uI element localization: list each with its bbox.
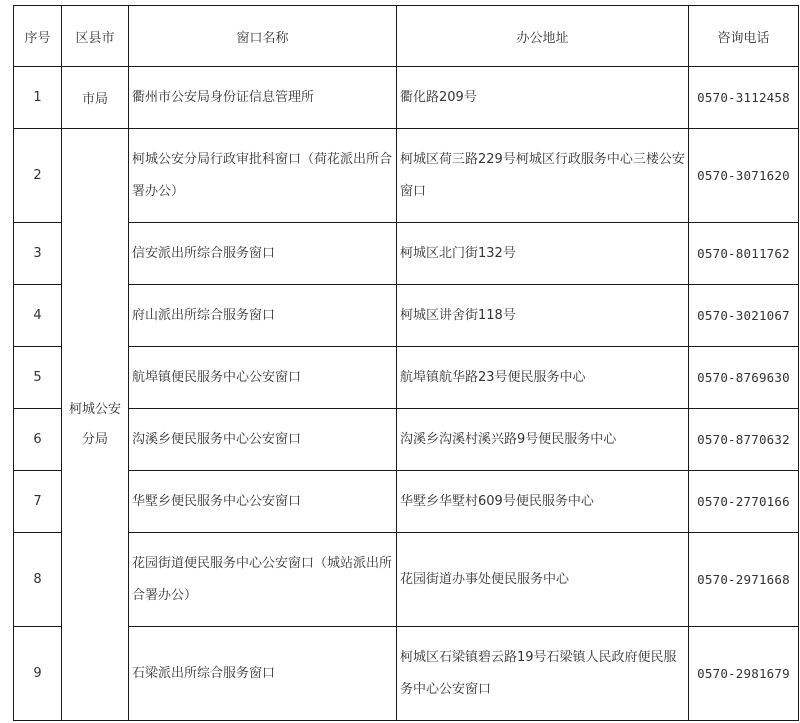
cell-window-name: 衢州市公安局身份证信息管理所 — [129, 67, 397, 129]
cell-window-name: 柯城公安分局行政审批科窗口（荷花派出所合署办公） — [129, 129, 397, 223]
cell-phone: 0570-2981679 — [689, 627, 799, 721]
cell-index: 1 — [14, 67, 62, 129]
cell-address: 沟溪乡沟溪村溪兴路9号便民服务中心 — [397, 409, 689, 471]
table-row: 7 华墅乡便民服务中心公安窗口 华墅乡华墅村609号便民服务中心 0570-27… — [14, 471, 799, 533]
cell-address: 柯城区讲舍街118号 — [397, 285, 689, 347]
cell-phone: 0570-8769630 — [689, 347, 799, 409]
table-row: 8 花园街道便民服务中心公安窗口（城站派出所合署办公） 花园街道办事处便民服务中… — [14, 533, 799, 627]
cell-address: 柯城区荷三路229号柯城区行政服务中心三楼公安窗口 — [397, 129, 689, 223]
cell-index: 4 — [14, 285, 62, 347]
cell-index: 8 — [14, 533, 62, 627]
cell-index: 6 — [14, 409, 62, 471]
cell-district-merged: 柯城公安分局 — [62, 129, 129, 721]
cell-index: 2 — [14, 129, 62, 223]
cell-address: 衢化路209号 — [397, 67, 689, 129]
cell-district: 市局 — [62, 67, 129, 129]
cell-index: 5 — [14, 347, 62, 409]
cell-phone: 0570-8770632 — [689, 409, 799, 471]
service-window-table: 序号 区县市 窗口名称 办公地址 咨询电话 1 市局 衢州市公安局身份证信息管理… — [13, 5, 799, 721]
table-header-row: 序号 区县市 窗口名称 办公地址 咨询电话 — [14, 6, 799, 67]
cell-phone: 0570-2770166 — [689, 471, 799, 533]
cell-window-name: 沟溪乡便民服务中心公安窗口 — [129, 409, 397, 471]
table-row: 9 石梁派出所综合服务窗口 柯城区石梁镇碧云路19号石梁镇人民政府便民服务中心公… — [14, 627, 799, 721]
header-address: 办公地址 — [397, 6, 689, 67]
table-row: 2 柯城公安分局 柯城公安分局行政审批科窗口（荷花派出所合署办公） 柯城区荷三路… — [14, 129, 799, 223]
header-index: 序号 — [14, 6, 62, 67]
cell-address: 花园街道办事处便民服务中心 — [397, 533, 689, 627]
cell-window-name: 府山派出所综合服务窗口 — [129, 285, 397, 347]
cell-phone: 0570-2971668 — [689, 533, 799, 627]
cell-address: 航埠镇航华路23号便民服务中心 — [397, 347, 689, 409]
cell-index: 9 — [14, 627, 62, 721]
header-district: 区县市 — [62, 6, 129, 67]
cell-index: 3 — [14, 223, 62, 285]
table-row: 6 沟溪乡便民服务中心公安窗口 沟溪乡沟溪村溪兴路9号便民服务中心 0570-8… — [14, 409, 799, 471]
cell-address: 华墅乡华墅村609号便民服务中心 — [397, 471, 689, 533]
cell-window-name: 信安派出所综合服务窗口 — [129, 223, 397, 285]
cell-index: 7 — [14, 471, 62, 533]
table-row: 1 市局 衢州市公安局身份证信息管理所 衢化路209号 0570-3112458 — [14, 67, 799, 129]
cell-window-name: 航埠镇便民服务中心公安窗口 — [129, 347, 397, 409]
header-phone: 咨询电话 — [689, 6, 799, 67]
cell-window-name: 华墅乡便民服务中心公安窗口 — [129, 471, 397, 533]
cell-window-name: 花园街道便民服务中心公安窗口（城站派出所合署办公） — [129, 533, 397, 627]
table-row: 3 信安派出所综合服务窗口 柯城区北门街132号 0570-8011762 — [14, 223, 799, 285]
cell-address: 柯城区北门街132号 — [397, 223, 689, 285]
cell-phone: 0570-3112458 — [689, 67, 799, 129]
cell-phone: 0570-8011762 — [689, 223, 799, 285]
cell-window-name: 石梁派出所综合服务窗口 — [129, 627, 397, 721]
cell-phone: 0570-3021067 — [689, 285, 799, 347]
cell-address: 柯城区石梁镇碧云路19号石梁镇人民政府便民服务中心公安窗口 — [397, 627, 689, 721]
header-window-name: 窗口名称 — [129, 6, 397, 67]
cell-phone: 0570-3071620 — [689, 129, 799, 223]
table-row: 4 府山派出所综合服务窗口 柯城区讲舍街118号 0570-3021067 — [14, 285, 799, 347]
table-row: 5 航埠镇便民服务中心公安窗口 航埠镇航华路23号便民服务中心 0570-876… — [14, 347, 799, 409]
